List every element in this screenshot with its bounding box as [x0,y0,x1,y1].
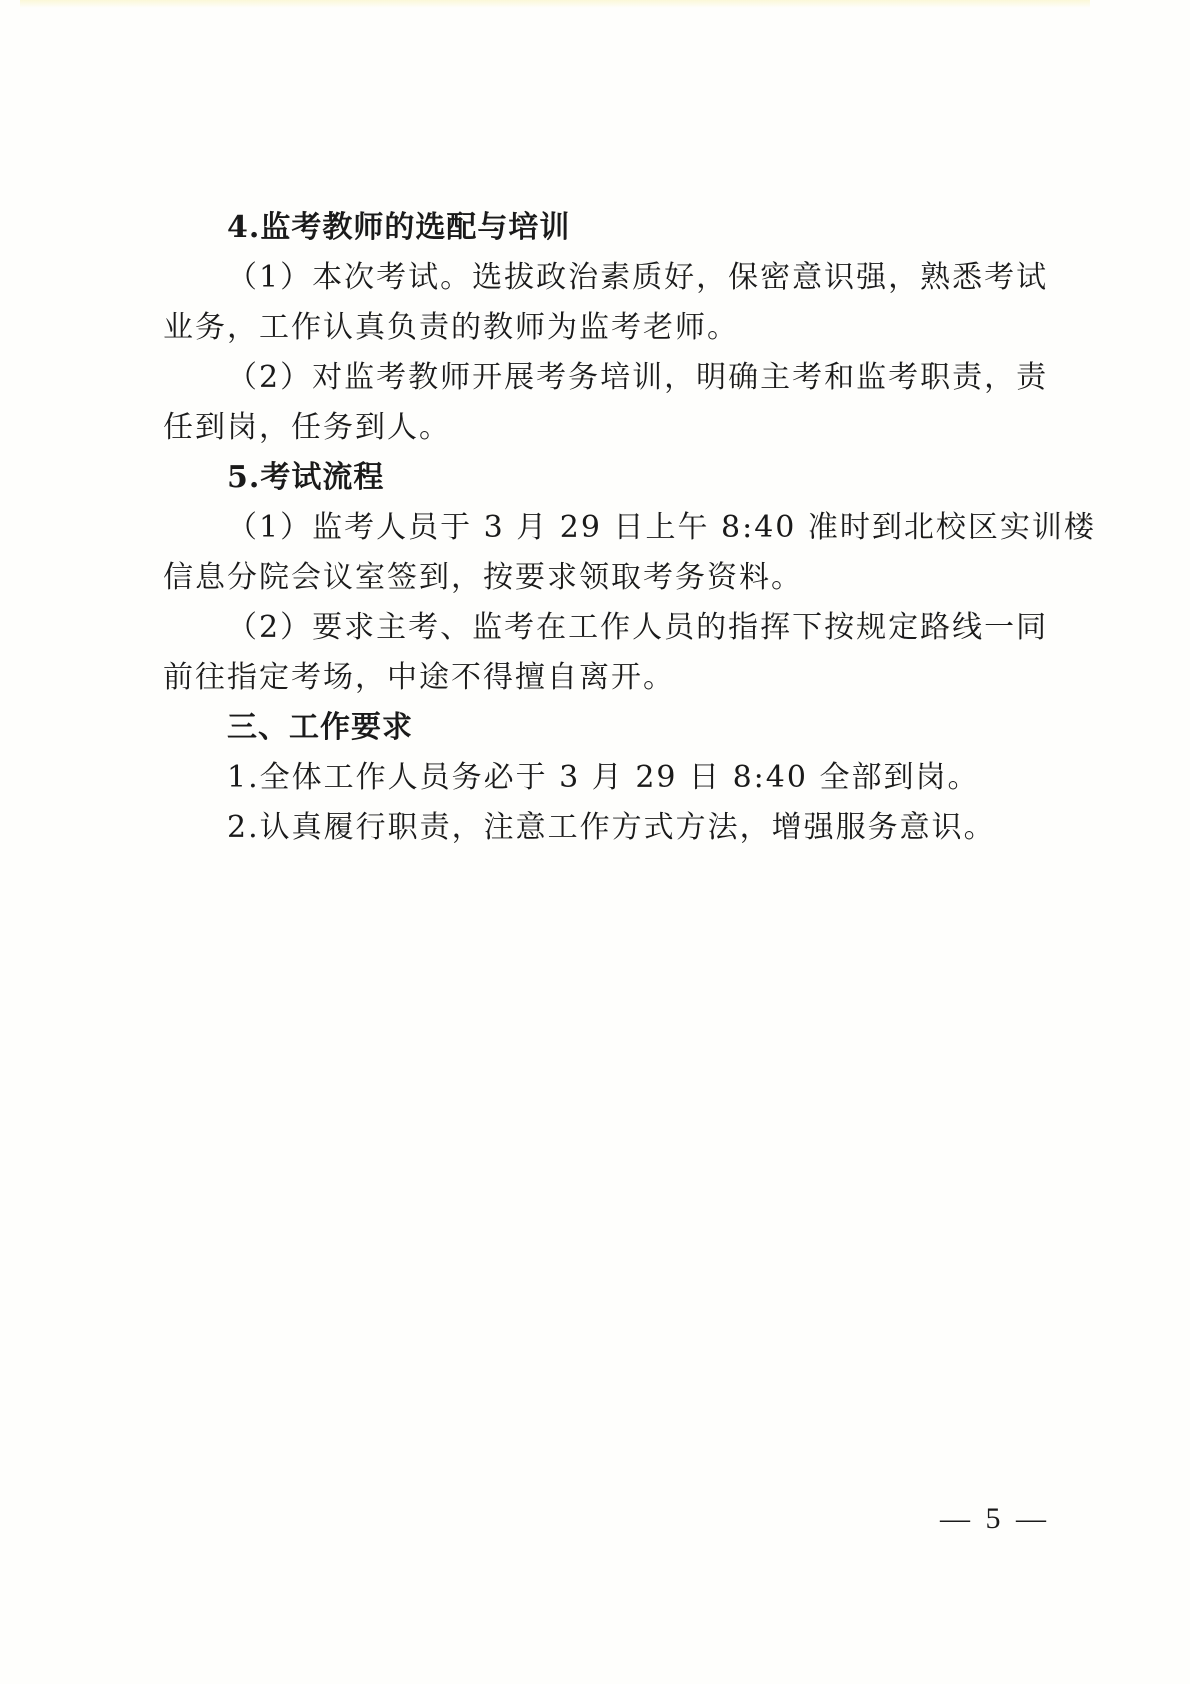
paragraph-line: （1）监考人员于 3 月 29 日上午 8:40 准时到北校区实训楼 [163,503,1029,553]
paragraph-line: （2）对监考教师开展考务培训，明确主考和监考职责，责 [163,353,1029,403]
section-heading-work-requirements: 三、工作要求 [163,703,1029,753]
section-heading-invigilator-selection: 4.监考教师的选配与培训 [163,203,1029,253]
paragraph-line: 前往指定考场，中途不得擅自离开。 [163,653,1029,703]
paragraph-line: 任到岗，任务到人。 [163,403,1029,453]
page-number: — 5 — [940,1502,1050,1536]
section-heading-exam-process: 5.考试流程 [163,453,1029,503]
paragraph-line: （2）要求主考、监考在工作人员的指挥下按规定路线一同 [163,603,1029,653]
paragraph-line: 信息分院会议室签到，按要求领取考务资料。 [163,553,1029,603]
document-body: 4.监考教师的选配与培训 （1）本次考试。选拔政治素质好，保密意识强，熟悉考试 … [163,203,1029,853]
paragraph-line: （1）本次考试。选拔政治素质好，保密意识强，熟悉考试 [163,253,1029,303]
requirement-item: 1.全体工作人员务必于 3 月 29 日 8:40 全部到岗。 [163,753,1029,803]
paragraph-line: 业务，工作认真负责的教师为监考老师。 [163,303,1029,353]
requirement-item: 2.认真履行职责，注意工作方式方法，增强服务意识。 [163,803,1029,853]
scan-edge-tint [20,0,1090,8]
